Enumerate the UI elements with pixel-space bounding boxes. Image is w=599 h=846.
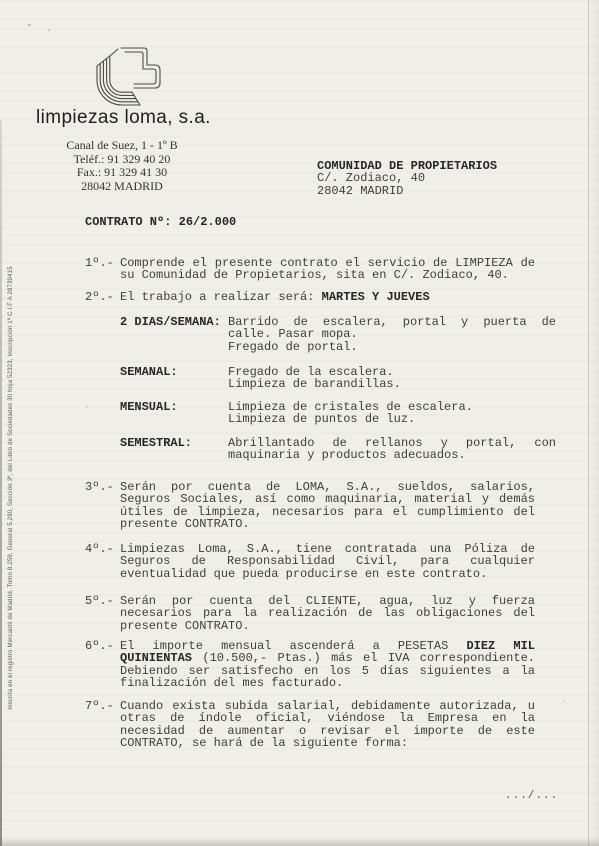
clause-number: 6º.- — [85, 640, 114, 652]
clause-number: 2º.- — [85, 291, 114, 303]
contract-number: CONTRATO Nº: 26/2.000 — [85, 216, 236, 228]
clause-number: 7º.- — [85, 700, 114, 712]
clause-text: Serán por cuenta del CLIENTE, agua, luz … — [120, 595, 535, 632]
schedule-description: Fregado de la escalera.Limpieza de baran… — [228, 366, 556, 391]
schedule-row: MENSUAL: Limpieza de cristales de escale… — [120, 401, 558, 426]
clause-text: Comprende el presente contrato el servic… — [120, 257, 535, 282]
clause: 6º.- El importe mensual ascenderá a PESE… — [85, 640, 537, 690]
scan-bottom-edge-shadow — [0, 838, 599, 846]
schedule-line: Limpieza de barandillas. — [228, 378, 556, 390]
clause: 2º.- El trabajo a realizar será: MARTES … — [85, 291, 537, 303]
schedule-label: 2 DIAS/SEMANA: — [120, 316, 221, 328]
schedule-line: Abrillantado de rellanos y portal, con m… — [228, 437, 556, 462]
clause: 7º.- Cuando exista subida salarial, debi… — [85, 700, 537, 750]
schedule-description: Barrido de escalera, portal y puerta de … — [228, 316, 556, 353]
clause-text: El trabajo a realizar será: MARTES Y JUE… — [120, 291, 535, 303]
schedule-label: SEMANAL: — [120, 366, 178, 378]
schedule-description: Abrillantado de rellanos y portal, con m… — [228, 437, 556, 462]
continuation-mark: .../... — [505, 790, 558, 802]
registry-sidebar-text: Inscrita en el registro Mercantil de Mad… — [8, 266, 14, 709]
clause-text: El importe mensual ascenderá a PESETAS D… — [120, 640, 535, 690]
scan-left-edge-shadow — [0, 120, 2, 846]
scan-right-edge-shadow — [588, 0, 599, 846]
clause-text: Limpiezas Loma, S.A., tiene contratada u… — [120, 543, 535, 580]
clause-number: 3º.- — [85, 481, 114, 493]
clause: 1º.- Comprende el presente contrato el s… — [85, 257, 537, 282]
clause-number: 1º.- — [85, 257, 114, 269]
clause-text-segment: Comprende el presente contrato el servic… — [120, 256, 535, 282]
schedule-description: Limpieza de cristales de escalera.Limpie… — [228, 401, 556, 426]
clause-text-segment: Cuando exista subida salarial, debidamen… — [120, 699, 535, 750]
address-line: Canal de Suez, 1 - 1º B — [58, 139, 186, 153]
company-address: Canal de Suez, 1 - 1º BTeléf.: 91 329 40… — [58, 139, 186, 193]
schedule-row: 2 DIAS/SEMANA: Barrido de escalera, port… — [120, 316, 558, 353]
schedule-label: SEMESTRAL: — [120, 437, 192, 449]
schedule-row: SEMANAL: Fregado de la escalera.Limpieza… — [120, 366, 558, 391]
address-line: 28042 MADRID — [58, 180, 186, 194]
address-line: Fax.: 91 329 41 30 — [58, 166, 186, 180]
scan-speck — [563, 700, 565, 702]
schedule-line: Barrido de escalera, portal y puerta de … — [228, 316, 556, 341]
schedule-row: SEMESTRAL: Abrillantado de rellanos y po… — [120, 437, 558, 462]
recipient-city: 28042 MADRID — [317, 185, 497, 197]
clause-text: Serán por cuenta de LOMA, S.A., sueldos,… — [120, 481, 535, 531]
scan-speck — [48, 29, 50, 31]
schedule-label: MENSUAL: — [120, 401, 178, 413]
clause: 3º.- Serán por cuenta de LOMA, S.A., sue… — [85, 481, 537, 531]
clause: 5º.- Serán por cuenta del CLIENTE, agua,… — [85, 595, 537, 632]
schedule-line: Fregado de portal. — [228, 341, 556, 353]
clause-text: Cuando exista subida salarial, debidamen… — [120, 700, 535, 750]
clause-number: 4º.- — [85, 543, 114, 555]
clause-text-segment: Serán por cuenta del CLIENTE, agua, luz … — [120, 594, 535, 633]
clause-number: 5º.- — [85, 595, 114, 607]
clause-text-bold-segment: MARTES Y JUEVES — [322, 290, 430, 304]
schedule-line: Limpieza de puntos de luz. — [228, 413, 556, 425]
recipient-block: COMUNIDAD DE PROPIETARIOS C/. Zodiaco, 4… — [317, 160, 497, 197]
clause-text-segment: Serán por cuenta de LOMA, S.A., sueldos,… — [120, 480, 535, 531]
clause-text-segment: Limpiezas Loma, S.A., tiene contratada u… — [120, 542, 535, 581]
recipient-address: C/. Zodiaco, 40 — [317, 172, 497, 184]
clause-text-segment: El trabajo a realizar será: — [120, 290, 322, 304]
clause: 4º.- Limpiezas Loma, S.A., tiene contrat… — [85, 543, 537, 580]
scan-speck — [28, 24, 31, 26]
address-line: Teléf.: 91 329 40 20 — [58, 153, 186, 167]
company-name: limpiezas loma, s.a. — [36, 107, 211, 129]
scan-speck — [86, 406, 88, 408]
scanned-contract-page: limpiezas loma, s.a. Canal de Suez, 1 - … — [0, 0, 599, 846]
